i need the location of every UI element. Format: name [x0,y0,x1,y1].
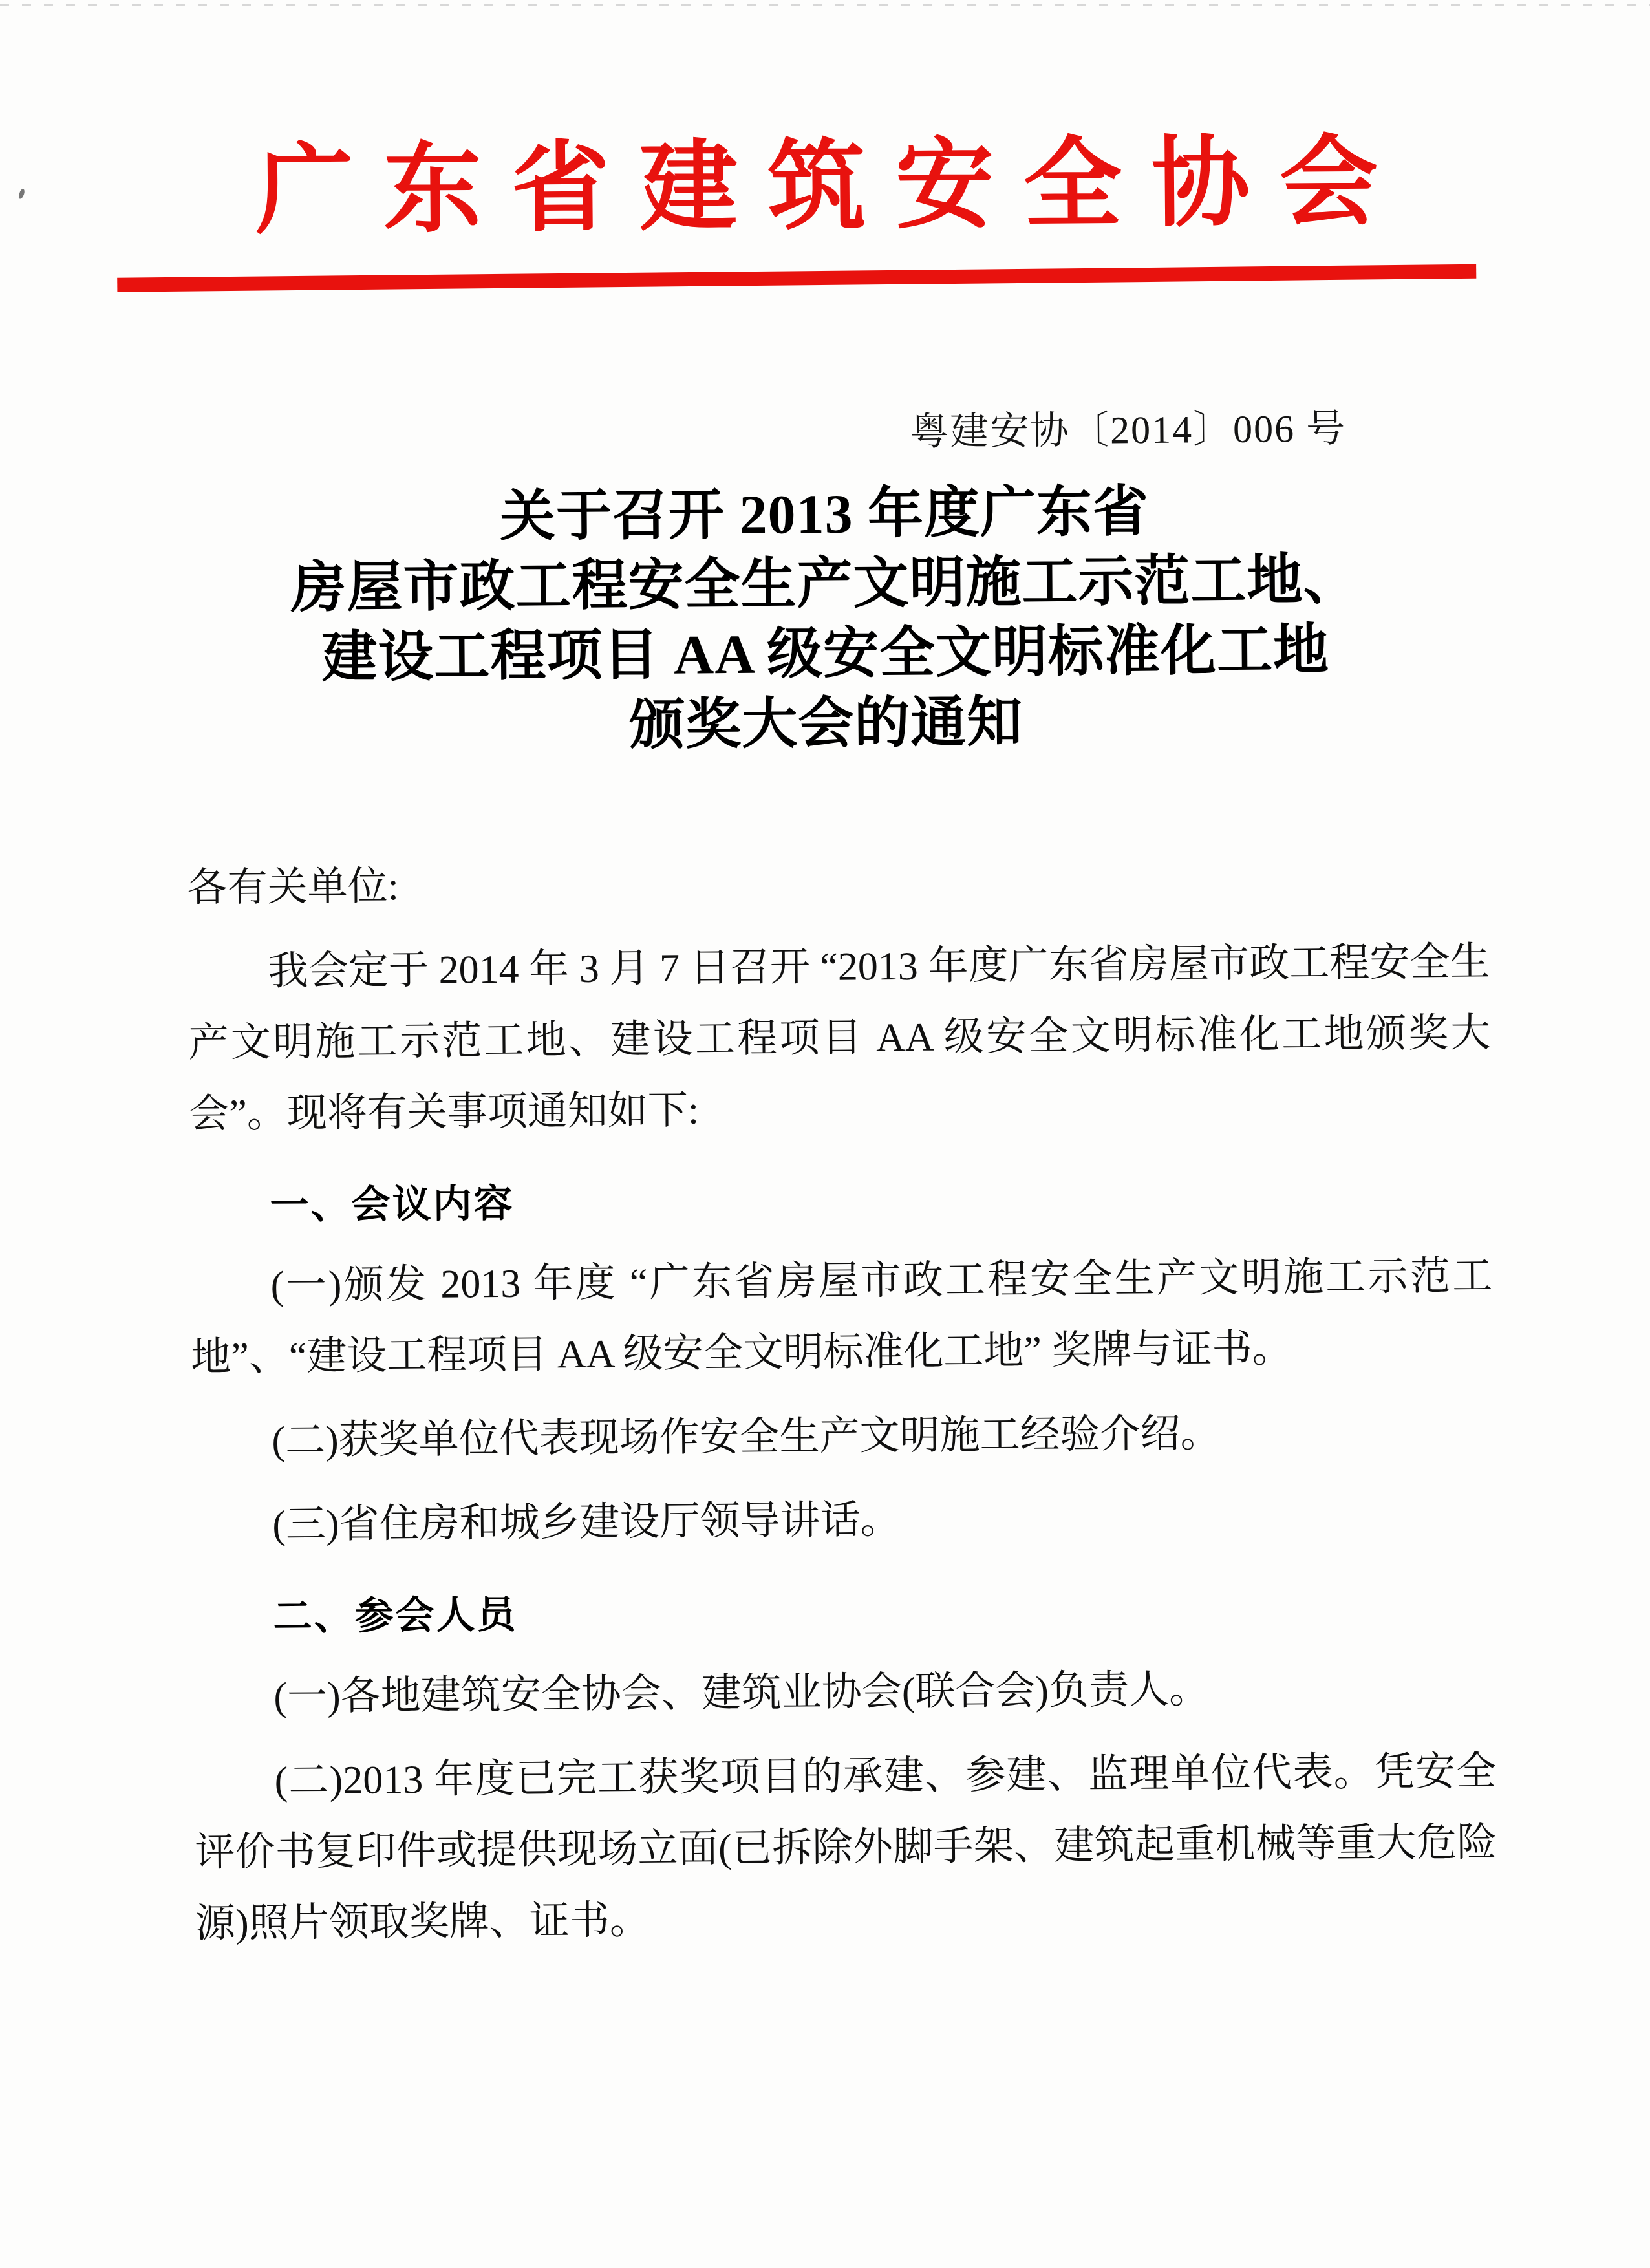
letterhead-org-name: 广东省建筑安全协会 [16,102,1647,272]
notice-title-line-3: 建设工程项目 AA 级安全文明标准化工地 [0,612,1650,695]
paragraph-association-leaders: (一)各地建筑安全协会、建筑业协会(联合会)负责人。 [193,1652,1496,1733]
notice-title-line-1: 关于召开 2013 年度广东省 [0,473,1650,555]
document-number: 粤建安协〔2014〕006 号 [0,403,1649,462]
scanned-document-page: 广东省建筑安全协会 粤建安协〔2014〕006 号 关于召开 2013 年度广东… [0,0,1650,2268]
paragraph-awarded-project-reps: (二)2013 年度已完工获奖项目的承建、参建、监理单位代表。凭安全评价书复印件… [194,1736,1498,1960]
salutation: 各有关单位: [187,842,1490,924]
section-heading-participants: 二、参会人员 [193,1572,1495,1653]
paragraph-meeting-intro: 我会定于 2014 年 3 月 7 日召开 “2013 年度广东省房屋市政工程安… [187,926,1492,1150]
paragraph-leader-speech: (三)省住房和城乡建设厅领导讲话。 [192,1480,1495,1561]
notice-title: 关于召开 2013 年度广东省 房屋市政工程安全生产文明施工示范工地、 建设工程… [0,473,1650,765]
notice-title-line-2: 房屋市政工程安全生产文明施工示范工地、 [0,542,1650,625]
notice-body: 各有关单位: 我会定于 2014 年 3 月 7 日召开 “2013 年度广东省… [187,842,1497,1960]
paragraph-award-plaques: (一)颁发 2013 年度 “广东省房屋市政工程安全生产文明施工示范工地”、“建… [190,1241,1494,1393]
document-content: 广东省建筑安全协会 粤建安协〔2014〕006 号 关于召开 2013 年度广东… [0,0,1650,1961]
notice-title-line-4: 颁奖大会的通知 [1,682,1650,765]
section-heading-meeting-content: 一、会议内容 [189,1161,1492,1242]
paragraph-experience-sharing: (二)获奖单位代表现场作安全生产文明施工经验介绍。 [191,1396,1494,1477]
